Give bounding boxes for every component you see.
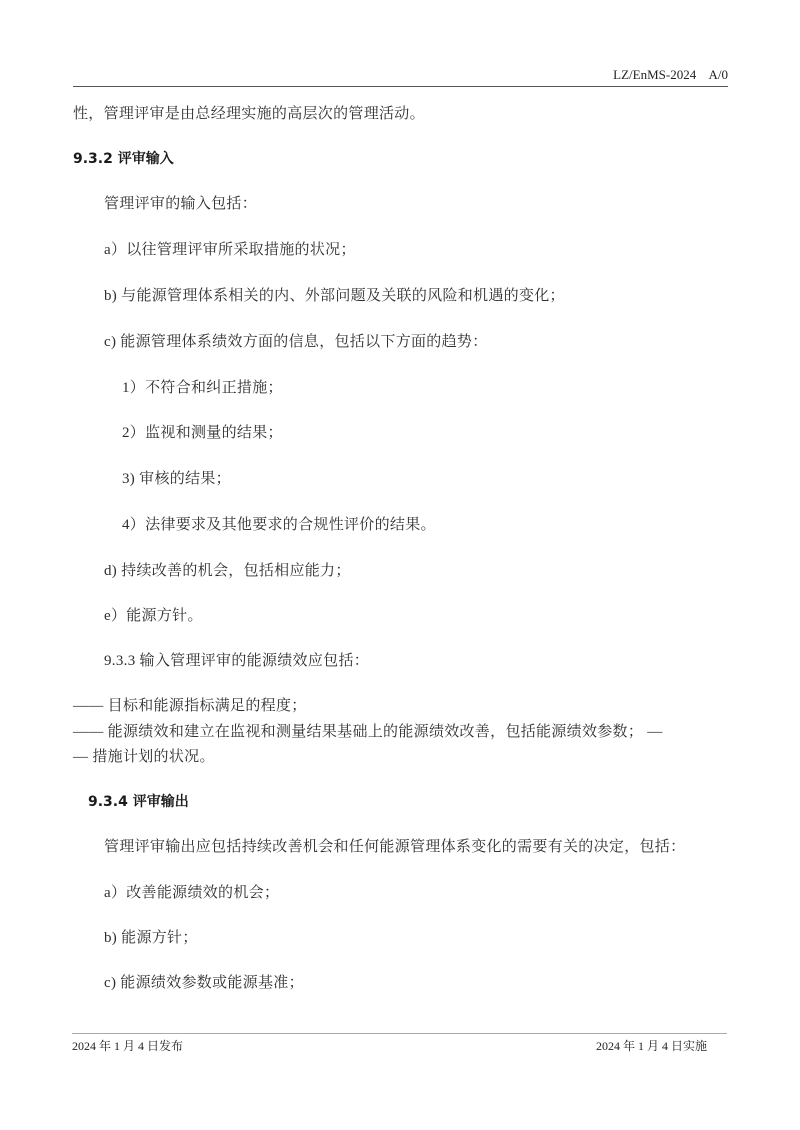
effective-date: 2024 年 1 月 4 日实施 (596, 1037, 707, 1054)
review-output-intro: 管理评审输出应包括持续改善机会和任何能源管理体系变化的需要有关的决定，包括： (104, 837, 685, 857)
section-heading-9-3-2: 9.3.2 评审输入 (73, 149, 174, 169)
input-item-d: d) 持续改善的机会，包括相应能力； (104, 561, 351, 581)
section-heading-9-3-4: 9.3.4 评审输出 (88, 792, 189, 812)
page-header: LZ/EnMS-2024 A/0 (73, 66, 728, 87)
input-subitem-4: 4）法律要求及其他要求的合规性评价的结果。 (122, 515, 436, 535)
document-code: LZ/EnMS-2024 A/0 (613, 67, 728, 83)
input-item-c: c) 能源管理体系绩效方面的信息，包括以下方面的趋势： (104, 332, 488, 352)
output-item-c: c) 能源绩效参数或能源基准； (104, 973, 304, 993)
input-item-e: e）能源方针。 (104, 606, 203, 626)
continuation-text: 性，管理评审是由总经理实施的高层次的管理活动。 (73, 104, 425, 124)
input-subitem-3: 3) 审核的结果； (122, 469, 231, 489)
review-input-intro: 管理评审的输入包括： (104, 194, 257, 214)
dash-item-3: — 措施计划的状况。 (73, 747, 215, 767)
page-footer: 2024 年 1 月 4 日发布 2024 年 1 月 4 日实施 (72, 1033, 727, 1034)
output-item-b: b) 能源方针； (104, 928, 198, 948)
energy-performance-intro: 9.3.3 输入管理评审的能源绩效应包括： (104, 651, 369, 671)
dash-item-2: —— 能源绩效和建立在监视和测量结果基础上的能源绩效改善，包括能源绩效参数； — (73, 722, 663, 742)
input-subitem-1: 1）不符合和纠正措施； (122, 378, 283, 398)
dash-item-1: —— 目标和能源指标满足的程度； (73, 696, 307, 716)
input-subitem-2: 2）监视和测量的结果； (122, 423, 283, 443)
issue-date: 2024 年 1 月 4 日发布 (72, 1037, 183, 1054)
output-item-a: a）改善能源绩效的机会； (104, 883, 279, 903)
input-item-a: a）以往管理评审所采取措施的状况； (104, 240, 356, 260)
input-item-b: b) 与能源管理体系相关的内、外部问题及关联的风险和机遇的变化； (104, 286, 565, 306)
